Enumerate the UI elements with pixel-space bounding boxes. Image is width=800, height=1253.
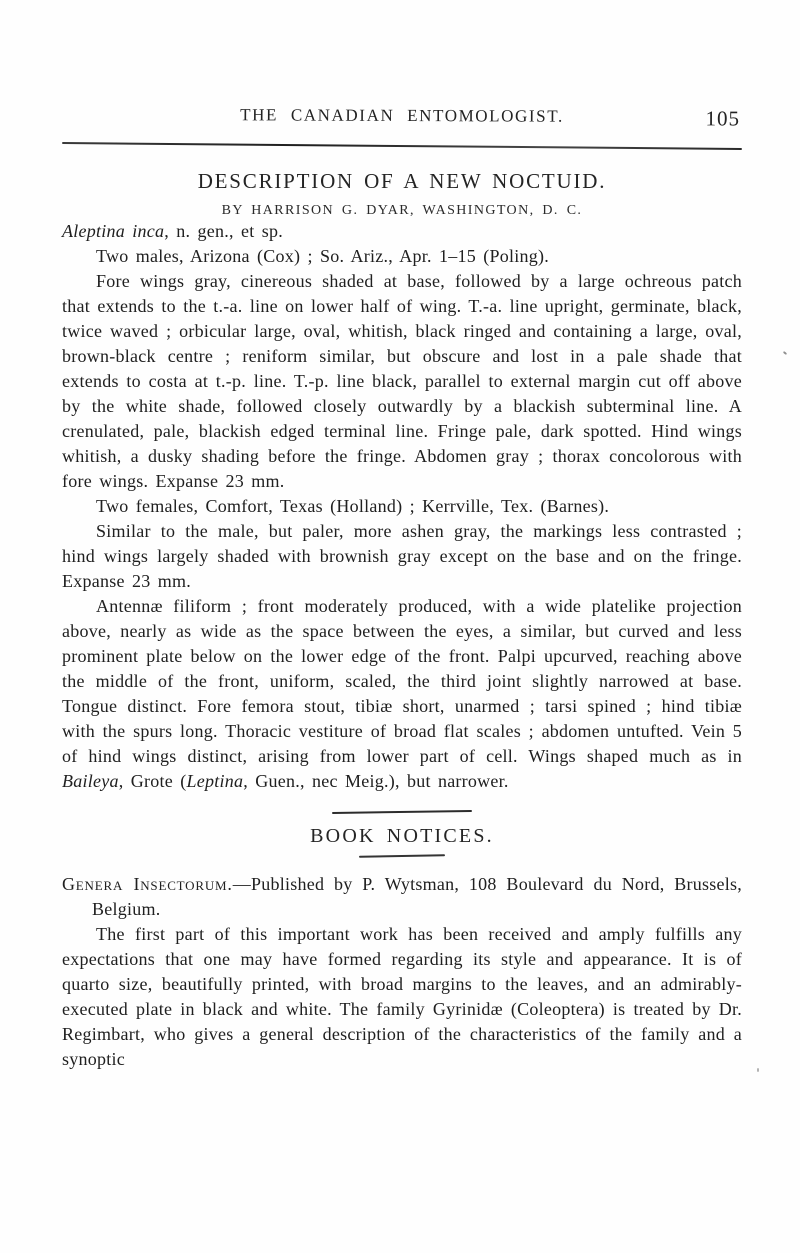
header-rule [62, 142, 742, 150]
scan-speck [757, 1068, 759, 1072]
scan-speck [783, 351, 787, 355]
para-structural-description: Antennæ filiform ; front moderately prod… [62, 594, 742, 794]
species-heading: Aleptina inca, n. gen., et sp. [62, 219, 742, 244]
running-header: THE CANADIAN ENTOMOLOGIST. 105 [62, 105, 742, 134]
para-male-description: Fore wings gray, cinereous shaded at bas… [62, 269, 742, 494]
structural-text-mid: , Grote ( [119, 771, 187, 791]
scanned-journal-page: THE CANADIAN ENTOMOLOGIST. 105 DESCRIPTI… [0, 0, 800, 1253]
para-type-locality-females: Two females, Comfort, Texas (Holland) ; … [62, 494, 742, 519]
structural-text: Antennæ filiform ; front moderately prod… [62, 596, 742, 766]
notice-heading: Genera Insectorum.—Published by P. Wytsm… [62, 872, 742, 922]
genus-name-leptina: Leptina [186, 771, 243, 791]
book-notices-title: BOOK NOTICES. [62, 825, 742, 848]
page-number: 105 [705, 106, 740, 131]
article-title: DESCRIPTION OF A NEW NOCTUID. [62, 169, 742, 194]
notice-work-title: Genera Insectorum. [62, 874, 233, 894]
book-notices-body: Genera Insectorum.—Published by P. Wytsm… [62, 872, 742, 1072]
structural-text-end: , Guen., nec Meig.), but narrower. [243, 771, 508, 791]
section-divider-rule [332, 810, 472, 814]
journal-title: THE CANADIAN ENTOMOLOGIST. [62, 105, 742, 128]
para-type-locality-males: Two males, Arizona (Cox) ; So. Ariz., Ap… [62, 244, 742, 269]
text-block: THE CANADIAN ENTOMOLOGIST. 105 DESCRIPTI… [62, 106, 742, 1072]
species-heading-suffix: , n. gen., et sp. [164, 221, 283, 241]
article-body: Aleptina inca, n. gen., et sp. Two males… [62, 219, 742, 794]
species-name: Aleptina inca [62, 221, 164, 241]
para-female-description: Similar to the male, but paler, more ash… [62, 519, 742, 594]
book-notices-title-rule [359, 854, 445, 858]
article-byline: BY HARRISON G. DYAR, WASHINGTON, D. C. [62, 203, 742, 219]
genus-name-baileya: Baileya [62, 771, 119, 791]
para-review: The first part of this important work ha… [62, 922, 742, 1072]
